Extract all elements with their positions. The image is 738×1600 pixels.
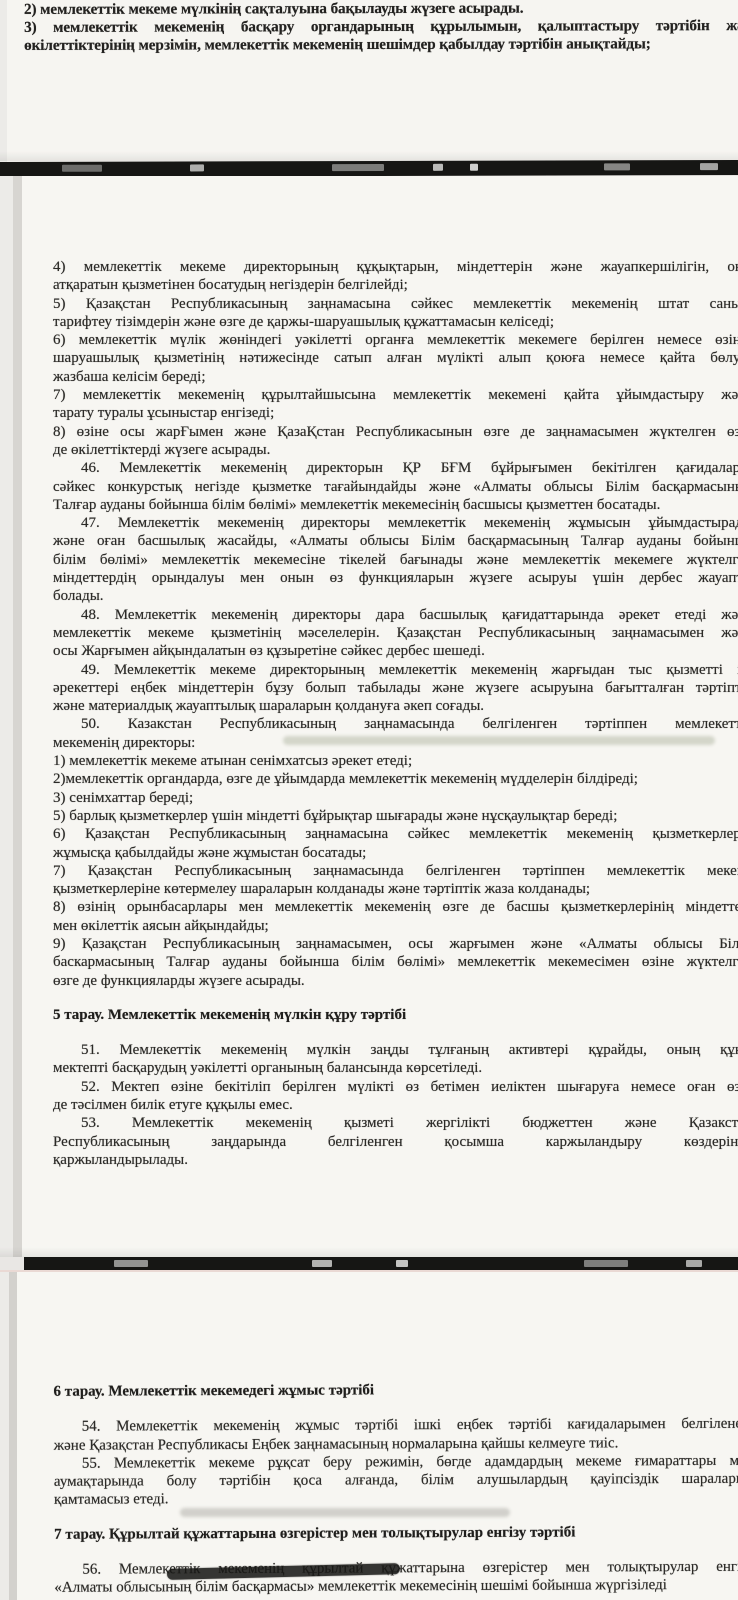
paragraph: 6) Қазақстан Республикасының заңнамасына…	[53, 825, 738, 862]
section-heading: 6 тарау. Мемлекеттік мекемедегі жұмыс тә…	[53, 1380, 738, 1401]
paragraph: 50. Казакстан Республикасының заңнамасын…	[53, 715, 738, 752]
text-line: 3) сенімхаттар береді;	[53, 789, 738, 807]
text-line: 3) мемлекеттік мекеменің басқару органда…	[24, 17, 738, 37]
text-line: де өкілеттіктерді жүзеге асырады.	[53, 441, 738, 459]
paragraph: 48. Мемлекеттік мекеменің директоры дара…	[53, 606, 738, 661]
text-line: 4) мемлекеттік мекеме директорының құқық…	[53, 258, 738, 276]
text-line: 52. Мектеп өзіне бекітіліп берілген мүлі…	[53, 1078, 738, 1096]
paragraph: 3) мемлекеттік мекеменің басқару органда…	[24, 17, 738, 55]
paragraph: 46. Мемлекеттік мекеменің директорын ҚР …	[53, 459, 738, 514]
text-line: сәйкес конкурстық негізде қызметке тағай…	[53, 478, 738, 496]
paragraph: 5) Қазақстан Республикасының заңнамасына…	[53, 295, 738, 332]
text-line: 51. Мемлекеттік мекеменің мүлкін заңды т…	[53, 1041, 738, 1059]
text-line: мемлекеттік мекеме қызметінің мәселелері…	[53, 624, 738, 642]
heading-line: 5 тарау. Мемлекеттік мекеменің мүлкін құ…	[53, 1006, 738, 1024]
text-line: 53. Мемлекеттік мекеменің қызметі жергіл…	[53, 1114, 738, 1132]
paragraph: 2) мемлекеттік мекеме мүлкінің сақталуын…	[24, 0, 738, 19]
text-line: 7) Қазақстан Республикасының заңнамасынд…	[53, 862, 738, 880]
paragraph: 47. Мемлекеттік мекеменің директоры мемл…	[53, 514, 738, 605]
text-line: 8) өзінің орынбасарлары мен мемлекеттік …	[53, 898, 738, 916]
paragraph: 2)мемлекеттік органдарда, өзге де ұйымда…	[53, 770, 738, 788]
text-line: өзге де функцияларды жүзеге асырады.	[53, 972, 738, 990]
text-line: 8) өзіне осы жарҒымен және ҚазаҚстан Рес…	[53, 423, 738, 441]
page-text-column: 2) мемлекеттік мекеме мүлкінің сақталуын…	[0, 0, 738, 56]
paragraph: 6) мемлекеттік мүлік жөніндегі уәкілетті…	[53, 331, 738, 386]
heading-line: 6 тарау. Мемлекеттік мекемедегі жұмыс тә…	[53, 1380, 738, 1401]
paragraph: 49. Мемлекеттік мекеме директорының мемл…	[53, 661, 738, 716]
text-line: 5) барлық қызметкерлер үшін міндетті бұй…	[53, 807, 738, 825]
heading-line: 7 тарау. Құрылтай құжаттарына өзгерістер…	[54, 1522, 738, 1543]
text-line: әрекеттері еңбек міндеттерін бұзу болып …	[53, 679, 738, 697]
bleed-through-smudge	[180, 1508, 510, 1517]
text-line: атқаратын қызметінен босатудың негіздері…	[53, 276, 738, 294]
text-line: Талғар ауданы бойынша білім бөлімі» мемл…	[53, 496, 738, 514]
text-line: өкілеттіктерінің мерзімін, мемлекеттік м…	[24, 35, 738, 55]
text-line: осы Жарғымен айқындалатын өз құзыретіне …	[53, 642, 738, 660]
section-heading: 7 тарау. Құрылтай құжаттарына өзгерістер…	[54, 1523, 738, 1544]
text-line: де тәсілмен билік етуге құқылы емес.	[53, 1096, 738, 1114]
text-line: 47. Мемлекеттік мекеменің директоры мемл…	[53, 514, 738, 532]
text-line: 6) мемлекеттік мүлік жөніндегі уәкілетті…	[53, 331, 738, 349]
text-line: білім бөлімі» мемлекеттік мекемесіне тік…	[53, 551, 738, 569]
text-line: 50. Казакстан Республикасының заңнамасын…	[53, 715, 738, 733]
text-line: мектепті басқарудың уәкілетті органының …	[53, 1059, 738, 1077]
paragraph: 3) сенімхаттар береді;	[53, 789, 738, 807]
text-line: жұмысқа қабылдайды және жұмыстан босатад…	[53, 844, 738, 862]
page-bottom: 6 тарау. Мемлекеттік мекемедегі жұмыс тә…	[0, 1270, 738, 1600]
text-line: және материалдық жауаптылық шараларын қо…	[53, 697, 738, 715]
text-line: болады.	[53, 587, 738, 605]
text-line: 6) Қазақстан Республикасының заңнамасына…	[53, 825, 738, 843]
text-line: 48. Мемлекеттік мекеменің директоры дара…	[53, 606, 738, 624]
text-line: 54. Мемлекеттік мекеменің жұмыс тәртібі …	[54, 1415, 738, 1436]
text-line: міндеттердің орындалуы мен онын өз функц…	[53, 569, 738, 587]
text-line: 9) Қазақстан Республикасының заңнамасыме…	[53, 935, 738, 953]
text-line: қамтамасыз етеді.	[54, 1488, 738, 1509]
paragraph: 55. Мемлекеттік мекеме рұқсат беру режим…	[54, 1452, 738, 1510]
bleed-through-smudge	[283, 736, 715, 745]
page-gap-shadow	[24, 1257, 738, 1270]
text-line: баскармасының Талғар ауданы бойынша білі…	[53, 953, 738, 971]
text-line: 5) Қазақстан Республикасының заңнамасына…	[53, 295, 738, 313]
paragraph: 51. Мемлекеттік мекеменің мүлкін заңды т…	[53, 1041, 738, 1078]
text-line: «Алматы облысының білім басқармасы» мемл…	[54, 1576, 738, 1597]
paragraph: 4) мемлекеттік мекеме директорының құқық…	[53, 258, 738, 295]
scanned-document-photo: 2) мемлекеттік мекеме мүлкінің сақталуын…	[0, 0, 738, 1600]
paragraph: 9) Қазақстан Республикасының заңнамасыме…	[53, 935, 738, 990]
paragraph: 7) мемлекеттік мекеменің құрылтайшысына …	[53, 386, 738, 423]
paragraph: 52. Мектеп өзіне бекітіліп берілген мүлі…	[53, 1078, 738, 1115]
page-gap-shadow	[0, 160, 738, 177]
paragraph: 53. Мемлекеттік мекеменің қызметі жергіл…	[53, 1114, 738, 1169]
page-text-column: 4) мемлекеттік мекеме директорының құқық…	[0, 176, 738, 1169]
section-heading: 5 тарау. Мемлекеттік мекеменің мүлкін құ…	[53, 1006, 738, 1024]
text-line: қызметкерлеріне көтермелеу шараларын кол…	[53, 880, 738, 898]
text-line: тарату туралы ұсыныстар енгізеді;	[53, 404, 738, 422]
text-line: қаржыландырылады.	[53, 1151, 738, 1169]
text-line: тарифтеу тізімдерін және өзге де қаржы-ш…	[53, 313, 738, 331]
text-line: аумақтарында болу тәртібін қоса алғанда,…	[54, 1470, 738, 1491]
text-line: 49. Мемлекеттік мекеме директорының мемл…	[53, 661, 738, 679]
text-line: шаруашылық қызметінің нәтижесінде сатып …	[53, 349, 738, 367]
paragraph: 54. Мемлекеттік мекеменің жұмыс тәртібі …	[54, 1415, 738, 1455]
text-line: мен өкілеттік аясын айқындайды;	[53, 917, 738, 935]
text-line: 1) мемлекеттік мекеме атынан сенімхатсыз…	[53, 752, 738, 770]
text-line: және оған басшылық жасайды, «Алматы облы…	[53, 532, 738, 550]
text-line: 2) мемлекеттік мекеме мүлкінің сақталуын…	[24, 0, 738, 19]
page-top-fragment: 2) мемлекеттік мекеме мүлкінің сақталуын…	[0, 0, 738, 163]
paragraph: 7) Қазақстан Республикасының заңнамасынд…	[53, 862, 738, 899]
text-line: 2)мемлекеттік органдарда, өзге де ұйымда…	[53, 770, 738, 788]
text-line: Республикасының заңдарында белгіленген қ…	[53, 1133, 738, 1151]
text-line: 7) мемлекеттік мекеменің құрылтайшысына …	[53, 386, 738, 404]
page-bottom-shadow	[0, 1247, 738, 1257]
paragraph: 8) өзіне осы жарҒымен және ҚазаҚстан Рес…	[53, 423, 738, 460]
page-middle: 4) мемлекеттік мекеме директорының құқық…	[0, 176, 738, 1257]
paragraph: 8) өзінің орынбасарлары мен мемлекеттік …	[53, 898, 738, 935]
page-text-column: 6 тарау. Мемлекеттік мекемедегі жұмыс тә…	[0, 1270, 738, 1598]
paragraph: 5) барлық қызметкерлер үшін міндетті бұй…	[53, 807, 738, 825]
paragraph: 1) мемлекеттік мекеме атынан сенімхатсыз…	[53, 752, 738, 770]
text-line: жазбаша келісім береді;	[53, 368, 738, 386]
text-line: 46. Мемлекеттік мекеменің директорын ҚР …	[53, 459, 738, 477]
